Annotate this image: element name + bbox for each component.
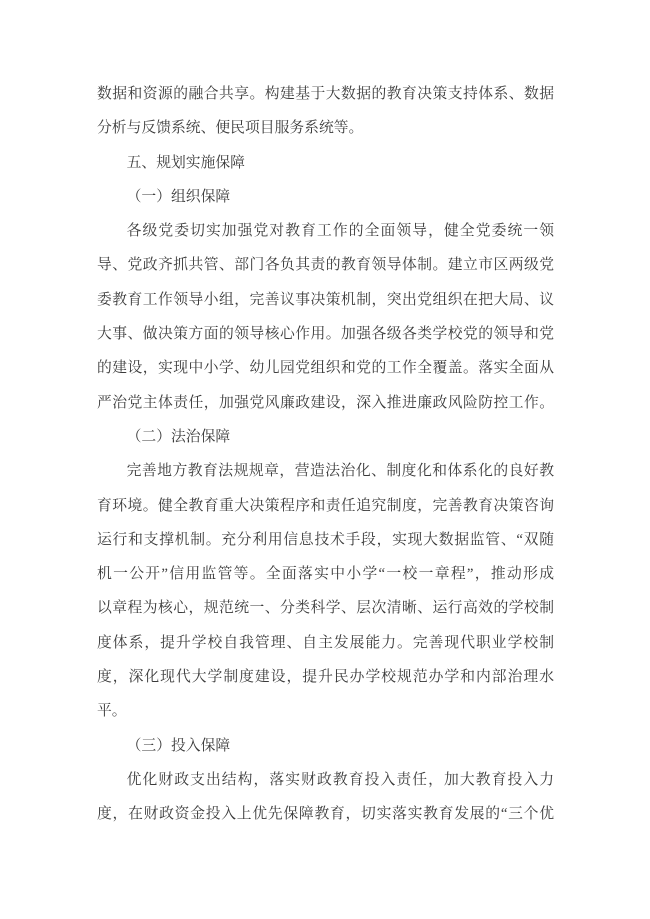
text-line: 数据和资源的融合共享。构建基于大数据的教育决策支持体系、数据 <box>97 77 554 111</box>
text-line: 度体系，提升学校自我管理、自主发展能力。完善现代职业学校制 <box>97 626 554 660</box>
text-line: 平。 <box>97 694 554 728</box>
text-line: 完善地方教育法规规章，营造法治化、制度化和体系化的良好教 <box>97 454 554 488</box>
text-line: 各级党委切实加强党对教育工作的全面领导，健全党委统一领 <box>97 214 554 248</box>
document-page: 数据和资源的融合共享。构建基于大数据的教育决策支持体系、数据 分析与反馈系统、便… <box>0 0 650 919</box>
text-line: 分析与反馈系统、便民项目服务系统等。 <box>97 111 554 145</box>
text-line: 度，深化现代大学制度建设，提升民办学校规范办学和内部治理水 <box>97 660 554 694</box>
text-line: 育环境。健全教育重大决策程序和责任追究制度，完善教育决策咨询 <box>97 489 554 523</box>
section-heading: （二）法治保障 <box>97 420 554 454</box>
text-line: 以章程为核心，规范统一、分类科学、层次清晰、运行高效的学校制 <box>97 591 554 625</box>
text-line: 导、党政齐抓共管、部门各负其责的教育领导体制。建立市区两级党 <box>97 248 554 282</box>
section-heading: （一）组织保障 <box>97 180 554 214</box>
text-line: 的建设，实现中小学、幼儿园党组织和党的工作全覆盖。落实全面从 <box>97 351 554 385</box>
text-line: 严治党主体责任，加强党风廉政建设，深入推进廉政风险防控工作。 <box>97 386 554 420</box>
text-line: 委教育工作领导小组，完善议事决策机制，突出党组织在把大局、议 <box>97 283 554 317</box>
text-line: 运行和支撑机制。充分利用信息技术手段，实现大数据监管、“双随 <box>97 523 554 557</box>
text-content: 数据和资源的融合共享。构建基于大数据的教育决策支持体系、数据 分析与反馈系统、便… <box>97 77 554 832</box>
text-line: 度，在财政资金投入上优先保障教育，切实落实教育发展的“三个优 <box>97 797 554 831</box>
text-line: 大事、做决策方面的领导核心作用。加强各级各类学校党的领导和党 <box>97 317 554 351</box>
section-heading: （三）投入保障 <box>97 729 554 763</box>
text-line: 机一公开”信用监管等。全面落实中小学“一校一章程”，推动形成 <box>97 557 554 591</box>
section-heading: 五、规划实施保障 <box>97 146 554 180</box>
text-line: 优化财政支出结构，落实财政教育投入责任，加大教育投入力 <box>97 763 554 797</box>
